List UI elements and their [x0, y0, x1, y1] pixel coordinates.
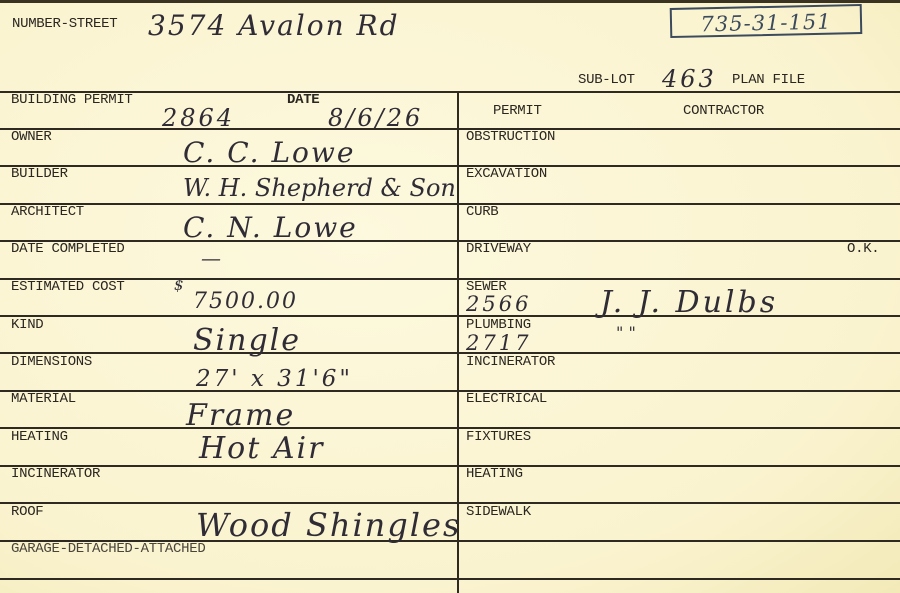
rule-line	[0, 203, 900, 205]
building-permit-value: 2864	[162, 106, 235, 130]
plan-file-label: PLAN FILE	[732, 73, 805, 87]
rule-line	[0, 390, 900, 392]
file-number-stamp: 735-31-151	[670, 4, 863, 38]
date-completed-value: —	[201, 248, 221, 268]
garage-label: GARAGE-DETACHED-ATTACHED	[11, 542, 205, 556]
electrical-label: ELECTRICAL	[466, 392, 547, 406]
rule-line	[0, 352, 900, 354]
rule-line	[0, 427, 900, 429]
number-street-value: 3574 Avalon Rd	[148, 12, 400, 40]
excavation-label: EXCAVATION	[466, 167, 547, 181]
date-label: DATE	[287, 93, 319, 107]
builder-label: BUILDER	[11, 167, 68, 181]
rule-line	[0, 128, 900, 130]
date-value: 8/6/26	[328, 106, 423, 130]
builder-value: W. H. Shepherd & Son	[183, 176, 456, 200]
driveway-note: O.K.	[847, 242, 879, 256]
roof-label: ROOF	[11, 505, 43, 519]
incinerator-permit-label: INCINERATOR	[466, 355, 555, 369]
rule-line	[0, 165, 900, 167]
material-value: Frame	[186, 401, 295, 431]
building-permit-label: BUILDING PERMIT	[11, 93, 133, 107]
material-label: MATERIAL	[11, 392, 76, 406]
card-top-edge	[0, 0, 900, 3]
incinerator-label: INCINERATOR	[11, 467, 100, 481]
permit-card: NUMBER-STREET 3574 Avalon Rd 735-31-151 …	[0, 0, 900, 593]
sewer-contractor: J. J. Dulbs	[600, 288, 778, 318]
owner-value: C. C. Lowe	[183, 139, 355, 167]
obstruction-label: OBSTRUCTION	[466, 130, 555, 144]
curb-label: CURB	[466, 205, 498, 219]
architect-label: ARCHITECT	[11, 205, 84, 219]
rule-line	[0, 278, 900, 280]
roof-value: Wood Shingles	[196, 509, 461, 541]
permit-column-header: PERMIT	[493, 104, 542, 118]
heating-value: Hot Air	[199, 434, 324, 464]
architect-value: C. N. Lowe	[183, 214, 358, 242]
heating-label: HEATING	[11, 430, 68, 444]
dimensions-label: DIMENSIONS	[11, 355, 92, 369]
sub-lot-value: 463	[662, 67, 717, 91]
kind-label: KIND	[11, 318, 43, 332]
rule-line	[0, 91, 900, 93]
owner-label: OWNER	[11, 130, 52, 144]
rule-line	[0, 578, 900, 580]
plumbing-permit-number: 2717	[466, 333, 531, 354]
sewer-permit-number: 2566	[466, 294, 531, 315]
rule-line	[0, 502, 900, 504]
rule-line	[0, 465, 900, 467]
rule-line	[0, 240, 900, 242]
date-completed-label: DATE COMPLETED	[11, 242, 124, 256]
heating-permit-label: HEATING	[466, 467, 523, 481]
plumbing-label: PLUMBING	[466, 318, 531, 332]
estimated-cost-value: 7500.00	[193, 291, 298, 313]
file-number-text: 735-31-151	[672, 9, 860, 37]
estimated-cost-currency: $	[174, 278, 184, 293]
fixtures-label: FIXTURES	[466, 430, 531, 444]
driveway-label: DRIVEWAY	[466, 242, 531, 256]
kind-value: Single	[193, 326, 301, 356]
plumbing-contractor: " "	[616, 325, 636, 341]
contractor-column-header: CONTRACTOR	[683, 104, 764, 118]
sub-lot-label: SUB-LOT	[578, 73, 635, 87]
dimensions-value: 27' x 31'6"	[196, 368, 353, 391]
sidewalk-label: SIDEWALK	[466, 505, 531, 519]
number-street-label: NUMBER-STREET	[12, 17, 117, 31]
estimated-cost-label: ESTIMATED COST	[11, 280, 124, 294]
